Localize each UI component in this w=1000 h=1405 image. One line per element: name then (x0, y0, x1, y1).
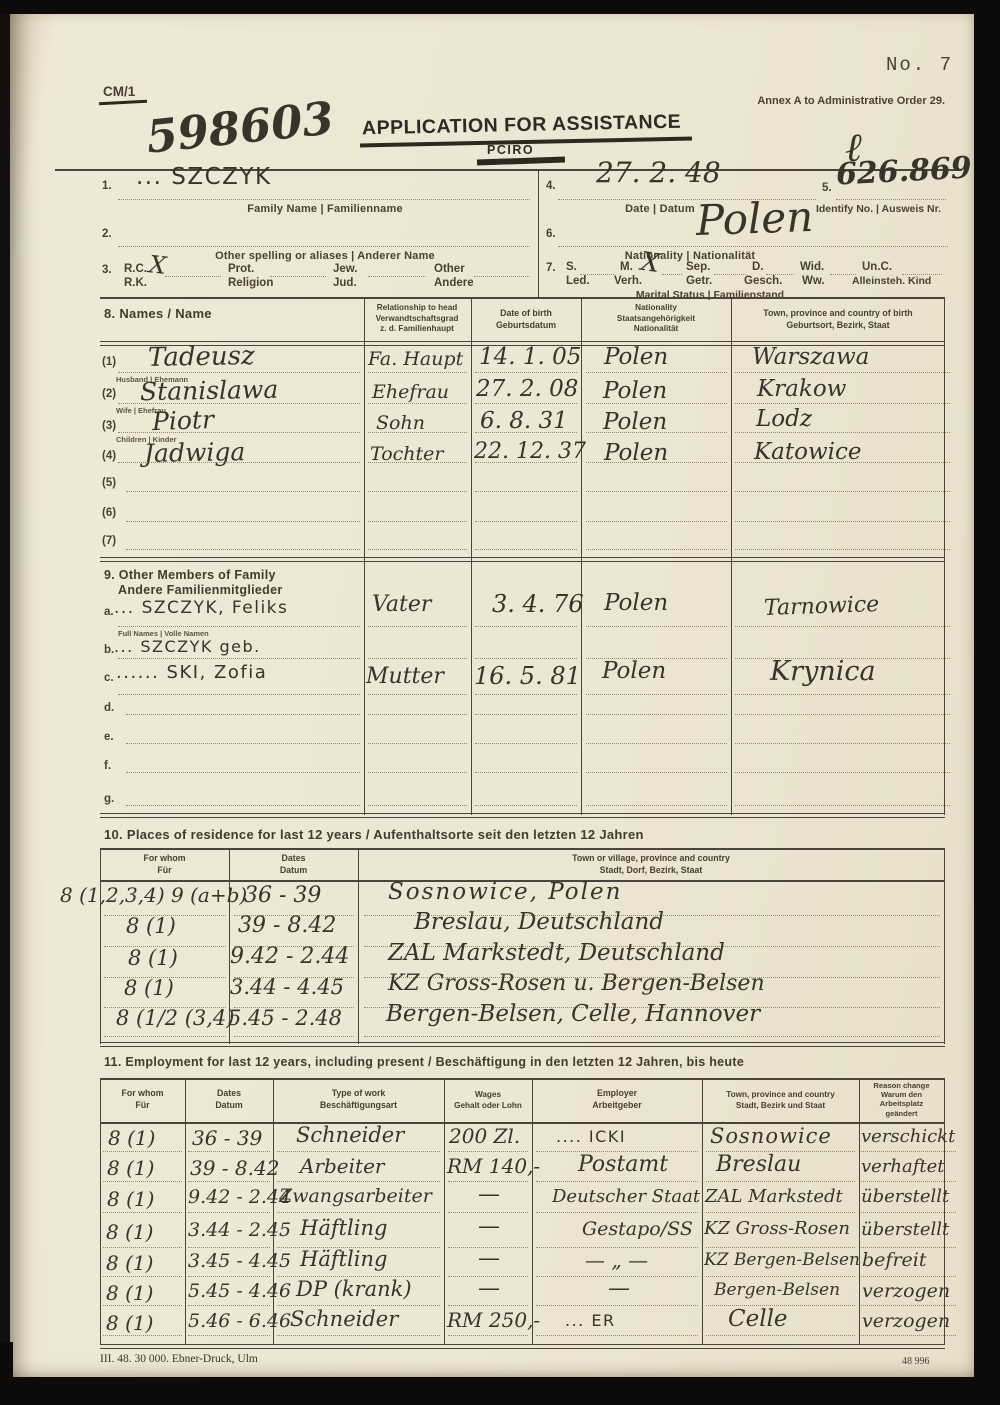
table-column-line (100, 1078, 101, 1345)
scan-border-right (974, 0, 1000, 1405)
employment-reason: befreit (862, 1249, 926, 1271)
employment-town: KZ Bergen-Belsen (704, 1250, 860, 1270)
dotted-line (861, 1151, 956, 1152)
religion-option-jud: Jud. (333, 277, 357, 289)
scan-border-bottom (0, 1377, 1000, 1405)
person-name: ...... SKI, Zofia (116, 662, 267, 683)
row-number: (6) (102, 507, 116, 519)
dotted-line (586, 403, 727, 404)
employment-reason: verschickt (861, 1126, 955, 1147)
dotted-line (706, 1247, 855, 1248)
dob-value: 3. 4. 76 (492, 590, 584, 618)
residence-dates: 9.42 - 2.44 (230, 944, 349, 969)
dotted-line (586, 549, 727, 550)
dotted-line (735, 714, 950, 715)
dotted-line (368, 658, 467, 659)
dotted-line (475, 772, 577, 773)
nationality-entry: Polen (603, 378, 667, 404)
dotted-line (586, 772, 727, 773)
section8-header-relationship: Relationship to head Verwandtschaftsgrad… (366, 303, 468, 335)
dotted-line (368, 491, 467, 492)
section11-title: 11. Employment for last 12 years, includ… (104, 1055, 744, 1069)
residence-who: 8 (1,2,3,4) 9 (a+b) (60, 883, 247, 907)
employment-employer: .... ICKI (556, 1127, 626, 1146)
table-rule (100, 297, 945, 299)
marital-status-label: Marital Status | Familienstand (600, 289, 820, 301)
section11-header-employer: Employer Arbeitgeber (534, 1088, 700, 1111)
dotted-line (118, 432, 360, 433)
employment-who: 8 (1) (106, 1311, 153, 1335)
section11-header-reason: Reason change Warum den Arbeitsplatz geä… (860, 1081, 943, 1118)
dotted-line (735, 805, 950, 806)
nationality-value: Polen (695, 192, 814, 245)
dotted-line (475, 432, 577, 433)
employment-who: 8 (1) (107, 1156, 154, 1180)
dotted-line (536, 1335, 698, 1336)
dotted-line (368, 714, 467, 715)
dotted-line (536, 1305, 698, 1306)
dotted-line (103, 1247, 182, 1248)
dotted-line (735, 772, 950, 773)
table-rule (100, 1078, 945, 1080)
row-number: (7) (102, 535, 116, 547)
marital-option-s: S. (566, 261, 577, 273)
marital-option-m: M. (620, 261, 633, 273)
dotted-line (234, 1036, 354, 1037)
dotted-line (861, 1212, 956, 1213)
section8-header-birthplace: Town, province and country of birth Gebu… (733, 308, 943, 331)
dotted-line (586, 432, 727, 433)
dotted-line (836, 199, 946, 200)
dotted-line (475, 372, 577, 373)
table-column-line (944, 297, 945, 815)
dotted-line (103, 1335, 182, 1336)
employment-who: 8 (1) (106, 1251, 153, 1275)
dotted-line (103, 1212, 182, 1213)
relationship-value: Fa. Haupt (368, 348, 463, 370)
dotted-line (270, 276, 326, 277)
dotted-line (126, 491, 360, 492)
dotted-line (448, 1212, 528, 1213)
employment-dates: 5.45 - 4.46 (188, 1280, 291, 1302)
section11-header-wages: Wages Gehalt oder Lohn (446, 1090, 530, 1111)
person-name: ... SZCZYK geb. (114, 637, 261, 656)
table-rule (100, 848, 945, 850)
fields-divider (538, 169, 539, 297)
employment-dates: 39 - 8.42 (190, 1156, 279, 1180)
dotted-line (558, 246, 948, 247)
nationality-entry: Polen (604, 344, 668, 370)
dotted-line (475, 694, 577, 695)
section8-header-dob: Date of birth Geburtsdatum (473, 308, 579, 331)
section10-title: 10. Places of residence for last 12 year… (104, 827, 644, 842)
dotted-line (188, 1276, 270, 1277)
marital-option-gesch: Gesch. (744, 275, 782, 287)
employment-who: 8 (1) (107, 1187, 154, 1211)
employment-who: 8 (1) (106, 1281, 153, 1305)
person-name: Jadwiga (144, 437, 246, 468)
residence-dates: 39 - 8.42 (238, 913, 336, 938)
dotted-line (586, 743, 727, 744)
employment-town: Breslau (716, 1152, 801, 1177)
employment-reason: verhaftet (861, 1156, 945, 1177)
row-number: (3) (102, 420, 116, 432)
dotted-line (126, 805, 360, 806)
dotted-line (475, 658, 577, 659)
dotted-line (104, 1036, 226, 1037)
employment-wages: RM 140,- (447, 1154, 540, 1178)
dotted-line (368, 521, 467, 522)
employment-who: 8 (1) (106, 1220, 153, 1244)
scan-border-top (0, 0, 1000, 14)
dotted-line (188, 1181, 270, 1182)
dotted-line (118, 246, 530, 247)
section11-header-who: For whom Für (102, 1088, 183, 1111)
table-column-line (944, 848, 945, 1044)
dotted-line (586, 521, 727, 522)
dotted-line (735, 694, 950, 695)
person-name: ... SZCZYK, Feliks (114, 598, 288, 618)
row-letter: c. (104, 672, 114, 684)
section10-header-who: For whom Für (102, 853, 227, 876)
dotted-line (368, 626, 467, 627)
birthplace-value: Krakow (757, 376, 846, 402)
employment-reason: verzogen (862, 1280, 950, 1302)
row-letter: a. (104, 606, 114, 618)
dotted-line (735, 549, 950, 550)
scan-corner-shadow (0, 1342, 13, 1382)
marital-option-ww: Ww. (802, 275, 825, 287)
dotted-line (277, 1181, 440, 1182)
dotted-line (126, 714, 360, 715)
employment-work: DP (krank) (296, 1277, 412, 1301)
dotted-line (706, 1181, 855, 1182)
marital-option-d: D. (752, 261, 764, 273)
relationship-value: Sohn (376, 412, 425, 434)
employment-dates: 3.45 - 4.45 (188, 1250, 291, 1272)
employment-employer: — „ — (585, 1248, 648, 1272)
residence-who: 8 (1) (124, 976, 174, 1000)
table-rule (100, 1042, 945, 1047)
dotted-line (475, 714, 577, 715)
dotted-line (475, 549, 577, 550)
dob-value: 16. 5. 81 (474, 662, 581, 690)
dotted-line (861, 1181, 956, 1182)
dotted-line (103, 1276, 182, 1277)
birthplace-value: Lodz (756, 406, 812, 432)
table-column-line (581, 297, 582, 815)
row-letter: e. (104, 731, 114, 743)
dotted-line (165, 276, 221, 277)
dotted-line (368, 772, 467, 773)
relationship-value: Mutter (366, 664, 444, 689)
alias-label: Other spelling or aliases | Anderer Name (150, 250, 500, 262)
employment-employer: Deutscher Staat (552, 1186, 700, 1207)
employment-work: Zwangsarbeiter (279, 1185, 432, 1207)
section11-header-town: Town, province and country Stadt, Bezirk… (704, 1090, 857, 1111)
residence-town: ZAL Markstedt, Deutschland (388, 940, 725, 966)
residence-dates: 36 - 39 (244, 883, 321, 908)
dotted-line (475, 743, 577, 744)
row-number: (5) (102, 477, 116, 489)
table-rule (100, 813, 945, 818)
dotted-line (475, 403, 577, 404)
residence-dates: 3.44 - 4.45 (230, 975, 344, 999)
identify-number-label: Identify No. | Ausweis Nr. (806, 203, 951, 215)
dotted-line (364, 1036, 940, 1037)
form-code: CM/1 (103, 84, 135, 99)
field1-number: 1. (102, 180, 112, 192)
person-name: Tadeusz (148, 341, 255, 373)
row-letter: d. (104, 702, 114, 714)
dotted-line (126, 743, 360, 744)
employment-employer: Gestapo/SS (582, 1218, 693, 1240)
dotted-line (475, 491, 577, 492)
dotted-line (188, 1247, 270, 1248)
nationality-entry: Polen (604, 590, 668, 616)
dotted-line (103, 1181, 182, 1182)
dotted-line (368, 805, 467, 806)
employment-wages: — (478, 1182, 500, 1207)
table-column-line (185, 1078, 186, 1345)
section8-title: 8. Names / Name (104, 306, 212, 321)
employment-wages: — (478, 1276, 500, 1301)
religion-option-rk: R.K. (124, 277, 147, 289)
dotted-line (706, 1212, 855, 1213)
section8-header-nationality: Nationality Staatsangehörigkeit National… (583, 303, 729, 335)
row-letter: b. (104, 644, 114, 656)
dotted-line (118, 626, 360, 627)
dotted-line (118, 403, 360, 404)
dotted-line (126, 521, 360, 522)
field6-number: 6. (546, 228, 556, 240)
residence-town: Bergen-Belsen, Celle, Hannover (386, 1001, 760, 1027)
dotted-line (586, 491, 727, 492)
printer-imprint: III. 48. 30 000. Ebner-Druck, Ulm (100, 1353, 258, 1365)
employment-dates: 5.46 - 6.46 (188, 1310, 291, 1332)
row-number: (2) (102, 388, 116, 400)
dotted-line (448, 1151, 528, 1152)
dob-value: 22. 12. 37 (474, 439, 586, 464)
dob-value: 6. 8. 31 (480, 408, 568, 434)
dotted-line (118, 462, 360, 463)
dotted-line (368, 743, 467, 744)
dotted-line (735, 403, 950, 404)
section9-title-de: Andere Familienmitglieder (118, 583, 282, 597)
dotted-line (118, 658, 360, 659)
employment-town: Sosnowice (710, 1124, 832, 1148)
dotted-line (475, 521, 577, 522)
employment-wages: 200 Zl. (449, 1124, 520, 1148)
dotted-line (188, 1335, 270, 1336)
row-number: (1) (102, 356, 116, 368)
dotted-line (368, 694, 467, 695)
person-name: Stanislawa (140, 375, 279, 406)
employment-reason: verzogen (862, 1310, 950, 1332)
employment-town: Bergen-Belsen (714, 1280, 840, 1300)
section9-title-en: 9. Other Members of Family (104, 568, 276, 582)
dotted-line (735, 626, 950, 627)
dotted-line (126, 772, 360, 773)
dotted-line (368, 462, 467, 463)
dotted-line (188, 1305, 270, 1306)
marital-option-unc: Un.C. (862, 261, 892, 273)
dotted-line (662, 274, 682, 275)
birthplace-value: Krynica (770, 656, 876, 687)
section11-header-work: Type of work Beschäftigungsart (275, 1088, 442, 1111)
table-rule (100, 1344, 945, 1349)
dotted-line (586, 805, 727, 806)
religion-option-andere: Andere (434, 277, 474, 289)
relationship-value: Vater (372, 592, 431, 617)
dob-value: 27. 2. 08 (476, 376, 578, 402)
employment-employer: Postamt (578, 1152, 668, 1177)
table-column-line (702, 1078, 703, 1345)
marital-option-wid: Wid. (800, 261, 824, 273)
marital-option-kind: Alleinsteh. Kind (852, 275, 931, 287)
employment-wages: RM 250,- (447, 1308, 540, 1332)
org-stamp: PCIRO (487, 143, 534, 157)
dotted-line (735, 462, 950, 463)
relationship-value: Ehefrau (372, 381, 449, 403)
employment-work: Schneider (296, 1123, 404, 1147)
dotted-line (368, 403, 467, 404)
employment-town: Celle (728, 1306, 788, 1332)
employment-employer: — (608, 1276, 630, 1301)
residence-town: KZ Gross-Rosen u. Bergen-Belsen (388, 971, 765, 996)
dotted-line (735, 743, 950, 744)
marital-option-led: Led. (566, 275, 590, 287)
dotted-line (735, 491, 950, 492)
employment-work: Häftling (300, 1247, 387, 1271)
serial-number: 48 996 (902, 1356, 930, 1367)
dotted-line (735, 432, 950, 433)
dotted-line (368, 372, 467, 373)
employment-who: 8 (1) (108, 1126, 155, 1150)
dotted-line (368, 549, 467, 550)
marital-option-sep: Sep. (686, 261, 710, 273)
marital-x-mark: X (639, 247, 662, 279)
dob-value: 14. 1. 05 (479, 344, 581, 370)
table-column-line (444, 1078, 445, 1345)
table-column-line (100, 848, 101, 1044)
dotted-line (277, 1305, 440, 1306)
row-number: (4) (102, 450, 116, 462)
marital-option-getr: Getr. (686, 275, 712, 287)
dotted-line (103, 1151, 182, 1152)
row-letter: g. (104, 793, 114, 805)
dotted-line (118, 199, 530, 200)
section10-header-dates: Dates Datum (231, 853, 356, 876)
marital-option-verh: Verh. (614, 275, 642, 287)
residence-town: Sosnowice, Polen (388, 879, 622, 905)
dotted-line (277, 1151, 440, 1152)
dotted-line (448, 1305, 528, 1306)
dotted-line (277, 1212, 440, 1213)
dotted-line (586, 626, 727, 627)
employment-reason: überstellt (861, 1219, 949, 1240)
employment-town: ZAL Markstedt (705, 1186, 843, 1207)
employment-employer: ... ER (565, 1311, 616, 1330)
page-number: No. 7 (886, 54, 953, 76)
dotted-line (188, 1151, 270, 1152)
field3-number: 3. (102, 264, 112, 276)
employment-dates: 36 - 39 (192, 1126, 262, 1150)
dotted-line (118, 694, 360, 695)
section10-header-town: Town or village, province and country St… (360, 853, 942, 876)
residence-who: 8 (1) (126, 914, 176, 938)
table-column-line (731, 297, 732, 815)
table-column-line (364, 297, 365, 815)
dotted-line (474, 276, 530, 277)
birthplace-value: Tarnowice (764, 592, 880, 621)
religion-option-rc: R.C. (124, 263, 147, 275)
employment-work: Arbeiter (300, 1154, 384, 1178)
employment-town: KZ Gross-Rosen (704, 1218, 850, 1239)
residence-who: 8 (1) (128, 946, 178, 970)
religion-option-prot: Prot. (228, 263, 254, 275)
field4-number: 4. (546, 180, 556, 192)
family-name-value: ... SZCZYK (136, 164, 272, 190)
field5-number: 5. (822, 182, 832, 194)
dotted-line (586, 462, 727, 463)
dotted-line (475, 626, 577, 627)
dotted-line (536, 1212, 698, 1213)
dotted-line (861, 1276, 956, 1277)
religion-option-jew: Jew. (333, 263, 358, 275)
employment-wages: — (478, 1246, 500, 1271)
dotted-line (103, 1305, 182, 1306)
dotted-line (586, 694, 727, 695)
dotted-line (586, 372, 727, 373)
table-rule (100, 557, 945, 562)
dotted-line (475, 462, 577, 463)
employment-dates: 3.44 - 2.45 (188, 1219, 291, 1241)
table-column-line (273, 1078, 274, 1345)
nationality-entry: Polen (602, 658, 666, 684)
row-letter: f. (104, 760, 111, 772)
dotted-line (277, 1335, 440, 1336)
birthplace-value: Warszawa (752, 344, 869, 370)
employment-reason: überstellt (861, 1186, 949, 1207)
dotted-line (735, 372, 950, 373)
identify-number-value: 626.869 (835, 150, 972, 192)
employment-dates: 9.42 - 2.44 (188, 1186, 291, 1208)
dotted-line (706, 1276, 855, 1277)
employment-work: Schneider (290, 1307, 398, 1331)
annex-note: Annex A to Administrative Order 29. (715, 95, 945, 107)
residence-town: Breslau, Deutschland (414, 909, 664, 935)
date-value: 27. 2. 48 (596, 156, 721, 189)
table-column-line (471, 297, 472, 815)
dotted-line (861, 1247, 956, 1248)
dotted-line (118, 372, 360, 373)
table-column-line (532, 1078, 533, 1345)
dotted-line (586, 714, 727, 715)
field7-number: 7. (546, 262, 556, 274)
dotted-line (714, 274, 746, 275)
religion-label-de: Religion (228, 277, 273, 289)
dotted-line (188, 1212, 270, 1213)
dotted-line (536, 1181, 698, 1182)
dotted-line (735, 521, 950, 522)
table-column-line (358, 848, 359, 1044)
dotted-line (368, 276, 426, 277)
field2-number: 2. (102, 228, 112, 240)
family-name-label: Family Name | Familienname (150, 203, 500, 215)
dotted-line (368, 432, 467, 433)
dotted-line (448, 1335, 528, 1336)
